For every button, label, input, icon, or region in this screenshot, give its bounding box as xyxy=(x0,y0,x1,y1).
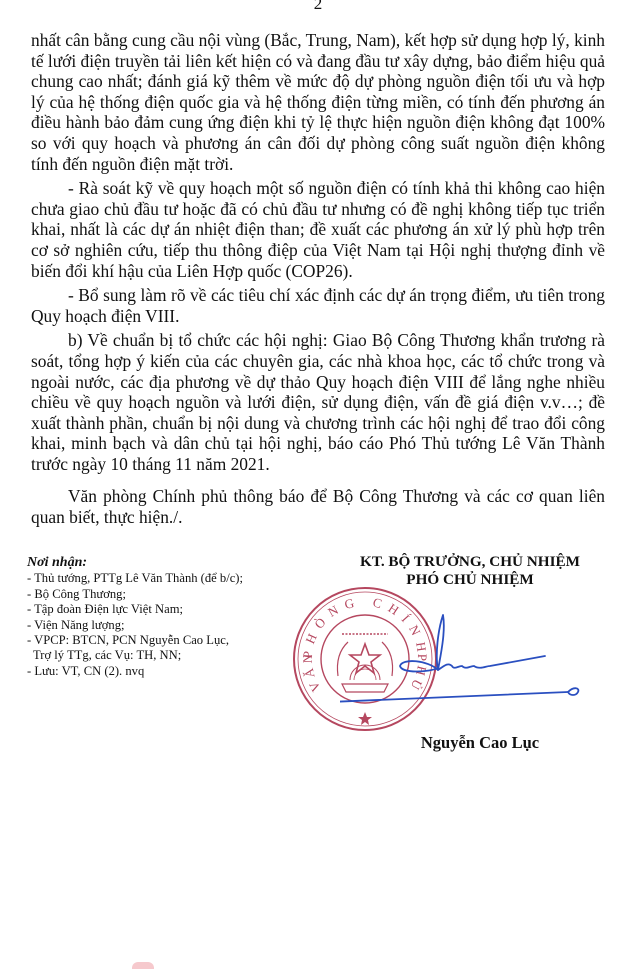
body-paragraph: nhất cân bằng cung cầu nội vùng (Bắc, Tr… xyxy=(31,30,605,174)
body-paragraph: - Rà soát kỹ về quy hoạch một số nguồn đ… xyxy=(31,178,605,281)
body-paragraph: - Bổ sung làm rõ về các tiêu chí xác địn… xyxy=(31,285,605,326)
recipient-item: - Tập đoàn Điện lực Việt Nam; xyxy=(27,602,307,617)
recipient-item: Trợ lý TTg, các Vụ: TH, NN; xyxy=(27,648,307,663)
recipients-title: Nơi nhận: xyxy=(27,555,307,570)
footer-red-mark xyxy=(132,962,154,969)
svg-text:VĂN: VĂN xyxy=(290,645,334,697)
recipient-item: - Bộ Công Thương; xyxy=(27,587,307,602)
recipient-item: - Lưu: VT, CN (2). nvq xyxy=(27,664,307,679)
recipient-item: - VPCP: BTCN, PCN Nguyễn Cao Lục, xyxy=(27,633,307,648)
closing-paragraph: Văn phòng Chính phủ thông báo để Bộ Công… xyxy=(31,486,605,527)
document-body: nhất cân bằng cung cầu nội vùng (Bắc, Tr… xyxy=(31,30,605,532)
recipient-item: - Viện Năng lượng; xyxy=(27,618,307,633)
body-paragraph: b) Về chuẩn bị tổ chức các hội nghị: Gia… xyxy=(31,330,605,474)
handwritten-signature-icon xyxy=(340,600,590,710)
signature-title-line1: KT. BỘ TRƯỞNG, CHỦ NHIỆM xyxy=(320,553,620,571)
recipient-item: - Thủ tướng, PTTg Lê Văn Thành (để b/c); xyxy=(27,571,307,586)
recipients-block: Nơi nhận: - Thủ tướng, PTTg Lê Văn Thành… xyxy=(27,555,307,679)
signer-name: Nguyễn Cao Lục xyxy=(330,733,630,753)
page-number: 2 xyxy=(0,0,636,14)
